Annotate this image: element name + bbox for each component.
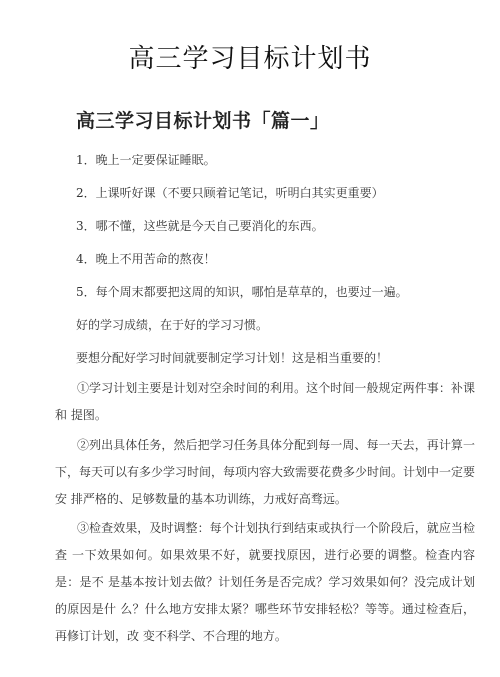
statement: 要想分配好学习时间就要制定学习计划！这是相当重要的！: [76, 351, 388, 365]
list-item: 2．上课听好课（不要只顾着记笔记，听明白其实更重要）: [76, 186, 384, 200]
list-item: 5．每个周末都要把这周的知识，哪怕是草草的，也要过一遍。: [76, 285, 408, 299]
statement: 好的学习成绩，在于好的学习习惯。: [76, 318, 268, 332]
section-heading: 高三学习目标计划书「篇一」: [76, 106, 330, 133]
document-title: 高三学习目标计划书: [0, 38, 500, 75]
list-item: 4．晚上不用苦命的熬夜！: [76, 252, 216, 266]
paragraph-3: ③检查效果，及时调整：每个计划执行到结束或执行一个阶段后，就应当检查 一下效果如…: [55, 515, 475, 650]
paragraph-1: ①学习计划主要是计划对空余时间的利用。这个时间一般规定两件事：补课和 提图。: [55, 375, 475, 429]
paragraph-2: ②列出具体任务，然后把学习任务具体分配到每一周、每一天去，再计算一 下，每天可以…: [55, 432, 475, 513]
list-item: 1．晚上一定要保证睡眠。: [76, 153, 216, 167]
list-item: 3．哪不懂，这些就是今天自己要消化的东西。: [76, 219, 324, 233]
